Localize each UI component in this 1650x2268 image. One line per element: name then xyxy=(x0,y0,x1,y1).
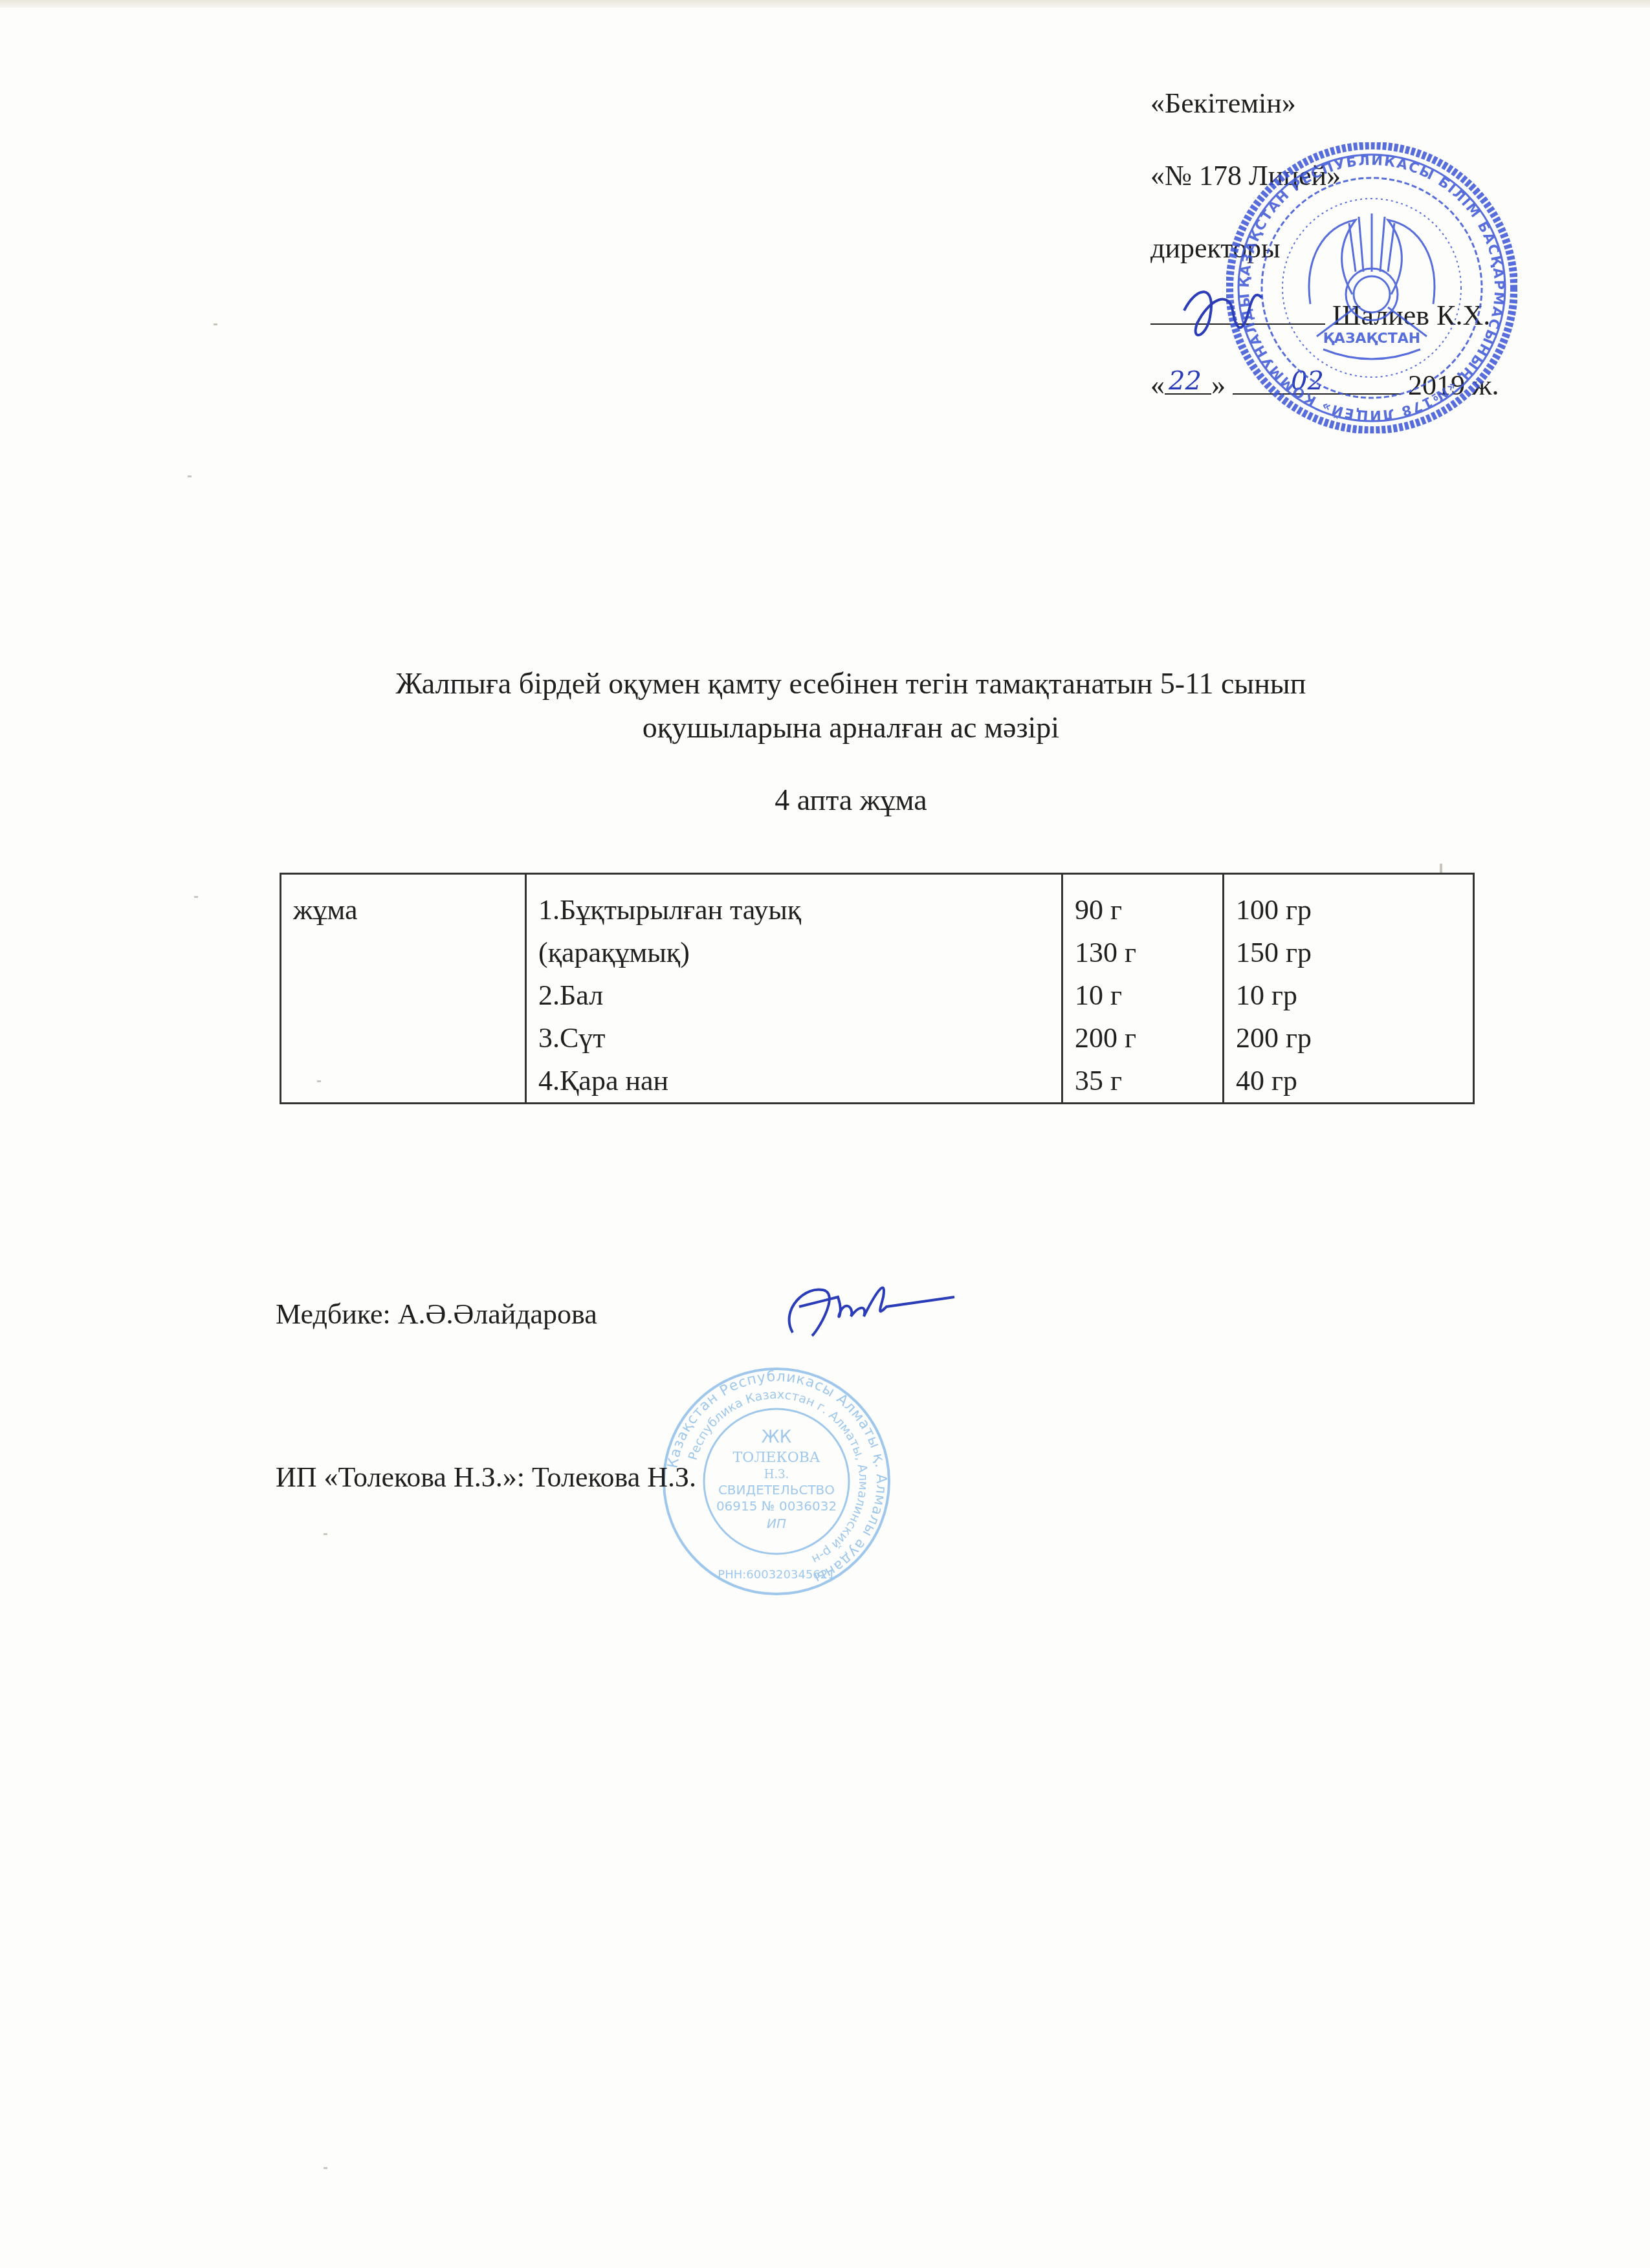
svg-text:06915 № 0036032: 06915 № 0036032 xyxy=(716,1498,837,1514)
svg-text:Н.З.: Н.З. xyxy=(764,1468,789,1481)
menu-item: (қарақұмық) xyxy=(538,932,1052,974)
scan-speck xyxy=(324,2167,327,2169)
svg-text:РНН:600320345621: РНН:600320345621 xyxy=(718,1568,835,1582)
portion-value: 100 гр xyxy=(1236,889,1464,932)
portion-value: 200 г xyxy=(1075,1017,1213,1060)
portion-value: 40 гр xyxy=(1236,1060,1464,1102)
approval-heading: «Бекітемін» xyxy=(1150,87,1296,120)
nurse-signature xyxy=(773,1271,967,1349)
portion-value: 90 г xyxy=(1075,889,1213,932)
scan-speck xyxy=(194,896,198,898)
entrepreneur-signature-line: ИП «Толекова Н.З.»: Толекова Н.З. xyxy=(276,1463,696,1492)
document-title-line2: оқушыларына арналған ас мәзірі xyxy=(26,710,1650,745)
svg-text:ЖК: ЖК xyxy=(762,1428,791,1447)
items-cell: 1.Бұқтырылған тауық (қарақұмық) 2.Бал 3.… xyxy=(526,874,1062,1104)
scan-speck xyxy=(1440,864,1442,873)
portion-value: 10 гр xyxy=(1236,974,1464,1017)
day-cell: жұма xyxy=(281,874,526,1104)
scan-edge xyxy=(0,0,1650,8)
director-signature xyxy=(1171,272,1301,349)
portion-value: 130 г xyxy=(1075,932,1213,974)
portion-b-cell: 100 гр 150 гр 10 гр 200 гр 40 гр xyxy=(1224,874,1474,1104)
table-row: жұма 1.Бұқтырылған тауық (қарақұмық) 2.Б… xyxy=(281,874,1474,1104)
portion-value: 200 гр xyxy=(1236,1017,1464,1060)
scan-speck xyxy=(317,1080,321,1082)
menu-item: 1.Бұқтырылған тауық xyxy=(538,889,1052,932)
portion-value: 150 гр xyxy=(1236,932,1464,974)
svg-text:ҚАЗАҚСТАН: ҚАЗАҚСТАН xyxy=(1323,331,1420,347)
menu-item: 3.Сүт xyxy=(538,1017,1052,1060)
date-day-field: 22 xyxy=(1165,371,1211,395)
menu-table: жұма 1.Бұқтырылған тауық (қарақұмық) 2.Б… xyxy=(280,873,1475,1104)
portion-value: 35 г xyxy=(1075,1060,1213,1102)
document-subtitle: 4 апта жұма xyxy=(26,783,1650,817)
scan-speck xyxy=(214,323,217,325)
svg-text:СВИДЕТЕЛЬСТВО: СВИДЕТЕЛЬСТВО xyxy=(718,1482,835,1498)
svg-text:ТОЛЕКОВА: ТОЛЕКОВА xyxy=(732,1450,820,1466)
scan-speck xyxy=(324,1533,327,1535)
menu-item: 2.Бал xyxy=(538,974,1052,1017)
portion-value: 10 г xyxy=(1075,974,1213,1017)
document-title-line1: Жалпыға бірдей оқумен қамту есебінен тег… xyxy=(26,666,1650,701)
scan-speck xyxy=(188,475,192,477)
svg-text:ИП: ИП xyxy=(767,1516,786,1531)
portion-a-cell: 90 г 130 г 10 г 200 г 35 г xyxy=(1062,874,1224,1104)
nurse-signature-line: Медбике: А.Ә.Әлайдарова xyxy=(276,1300,597,1329)
menu-item: 4.Қара нан xyxy=(538,1060,1052,1102)
